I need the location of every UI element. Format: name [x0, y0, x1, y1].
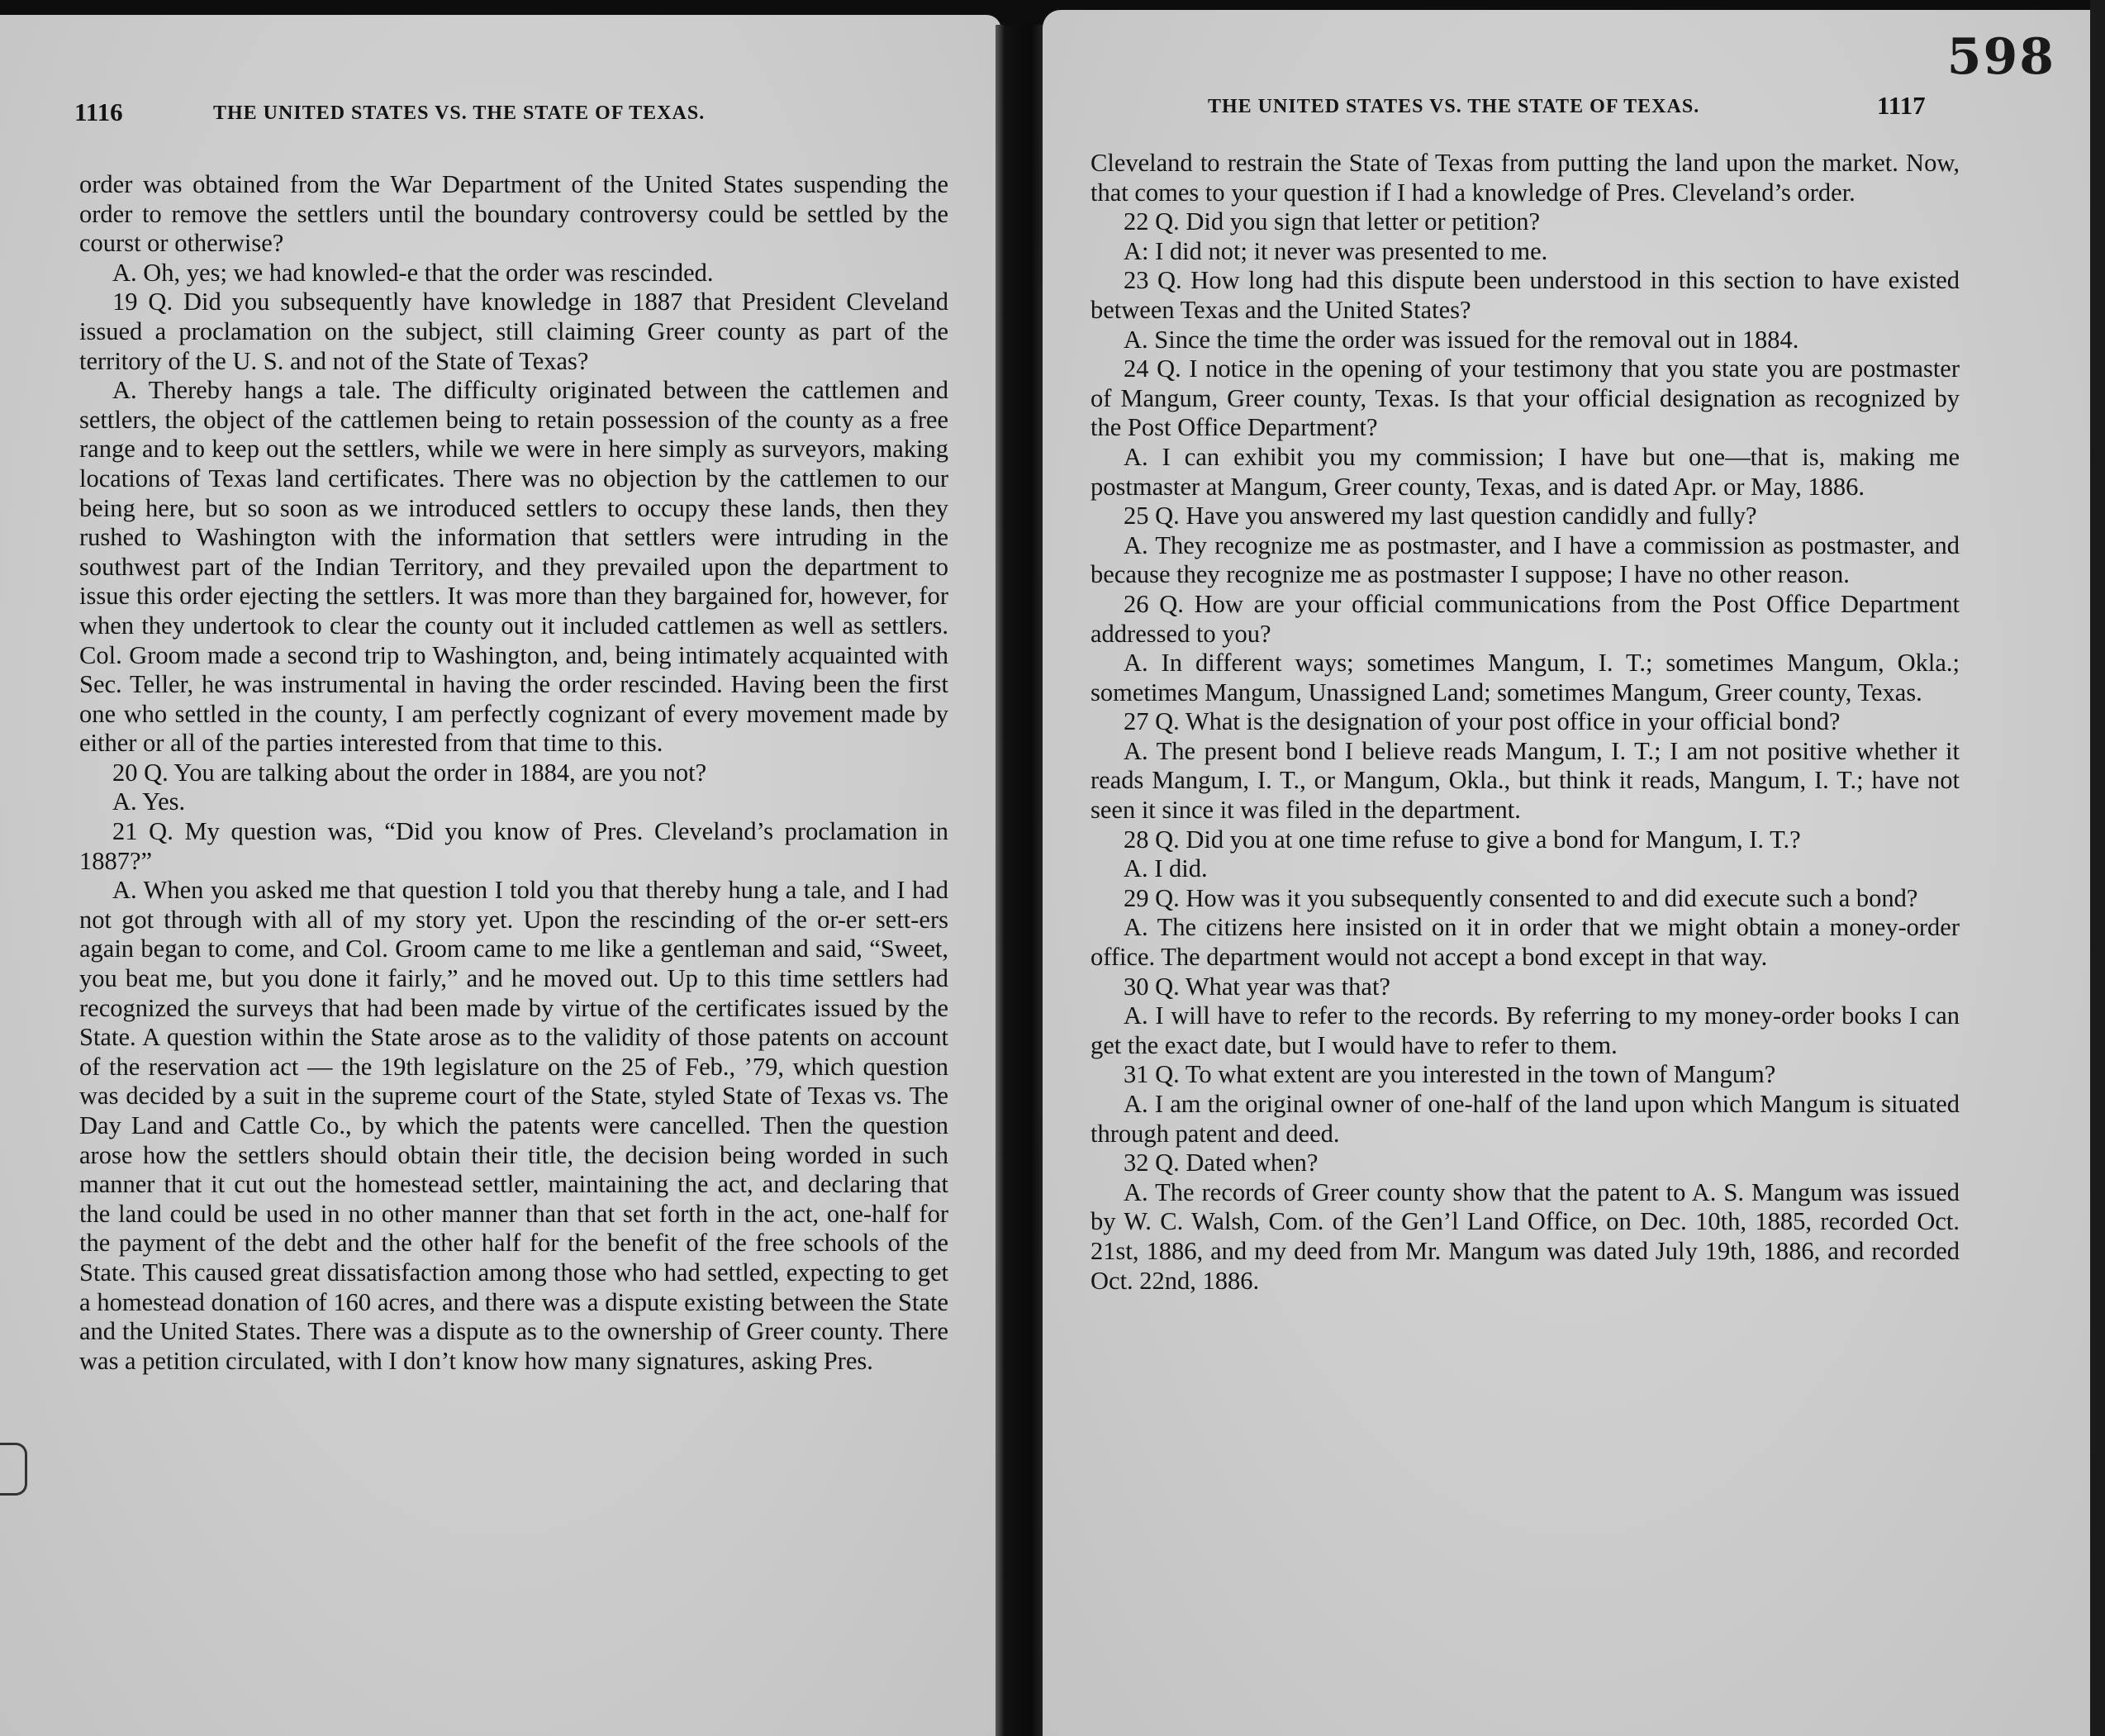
right-page: 598 THE UNITED STATES VS. THE STATE OF T…	[1043, 10, 2105, 1736]
paragraph: A. The present bond I believe reads Mang…	[1091, 737, 1960, 825]
paragraph: A. When you asked me that question I tol…	[79, 876, 948, 1376]
paragraph: 21 Q. My question was, “Did you know of …	[79, 817, 948, 876]
paragraph: 30 Q. What year was that?	[1091, 973, 1960, 1002]
paragraph: 20 Q. You are talking about the order in…	[79, 759, 948, 788]
paragraph: A. Since the time the order was issued f…	[1091, 326, 1960, 355]
paragraph: A. In different ways; sometimes Mangum, …	[1091, 649, 1960, 707]
paragraph: 25 Q. Have you answered my last question…	[1091, 502, 1960, 531]
paragraph: A. I can exhibit you my commission; I ha…	[1091, 443, 1960, 502]
page-number: 1116	[74, 98, 123, 127]
paragraph: A. I will have to refer to the records. …	[1091, 1001, 1960, 1060]
left-page-body: order was obtained from the War Departme…	[79, 170, 948, 1376]
margin-bracket-mark	[0, 1443, 27, 1496]
paragraph: order was obtained from the War Departme…	[79, 170, 948, 259]
paragraph: 19 Q. Did you subsequently have knowledg…	[79, 288, 948, 376]
archive-stamp-number: 598	[1947, 28, 2055, 86]
paragraph: 26 Q. How are your official communicatio…	[1091, 590, 1960, 649]
paragraph: A. Thereby hangs a tale. The difficulty …	[79, 376, 948, 759]
paragraph: A. The citizens here insisted on it in o…	[1091, 913, 1960, 972]
paragraph: A: I did not; it never was presented to …	[1091, 237, 1960, 267]
paragraph: A. They recognize me as postmaster, and …	[1091, 531, 1960, 590]
paragraph: 27 Q. What is the designation of your po…	[1091, 707, 1960, 737]
paragraph: 32 Q. Dated when?	[1091, 1149, 1960, 1178]
paragraph: A. Oh, yes; we had knowled-e that the or…	[79, 259, 948, 288]
paragraph: A. I am the original owner of one-half o…	[1091, 1090, 1960, 1149]
running-head: THE UNITED STATES VS. THE STATE OF TEXAS…	[213, 102, 705, 125]
right-page-header: THE UNITED STATES VS. THE STATE OF TEXAS…	[1043, 93, 2105, 126]
paragraph: 29 Q. How was it you subsequently consen…	[1091, 884, 1960, 914]
running-head: THE UNITED STATES VS. THE STATE OF TEXAS…	[1208, 96, 1699, 118]
page-number: 1117	[1877, 91, 1926, 121]
paragraph: 24 Q. I notice in the opening of your te…	[1091, 354, 1960, 443]
paragraph: 22 Q. Did you sign that letter or petiti…	[1091, 207, 1960, 237]
paragraph: A. I did.	[1091, 854, 1960, 884]
book-spread: 1116 THE UNITED STATES VS. THE STATE OF …	[0, 0, 2105, 1736]
scan-edge	[2090, 0, 2105, 1736]
paragraph: A. The records of Greer county show that…	[1091, 1178, 1960, 1296]
paragraph: 28 Q. Did you at one time refuse to give…	[1091, 825, 1960, 855]
paragraph: A. Yes.	[79, 787, 948, 817]
left-page-header: 1116 THE UNITED STATES VS. THE STATE OF …	[0, 98, 1001, 131]
paragraph: 23 Q. How long had this dispute been und…	[1091, 266, 1960, 325]
right-page-body: Cleveland to restrain the State of Texas…	[1091, 149, 1960, 1296]
paragraph: 31 Q. To what extent are you interested …	[1091, 1060, 1960, 1090]
book-gutter	[995, 25, 1047, 1736]
paragraph: Cleveland to restrain the State of Texas…	[1091, 149, 1960, 207]
left-page: 1116 THE UNITED STATES VS. THE STATE OF …	[0, 15, 1001, 1736]
